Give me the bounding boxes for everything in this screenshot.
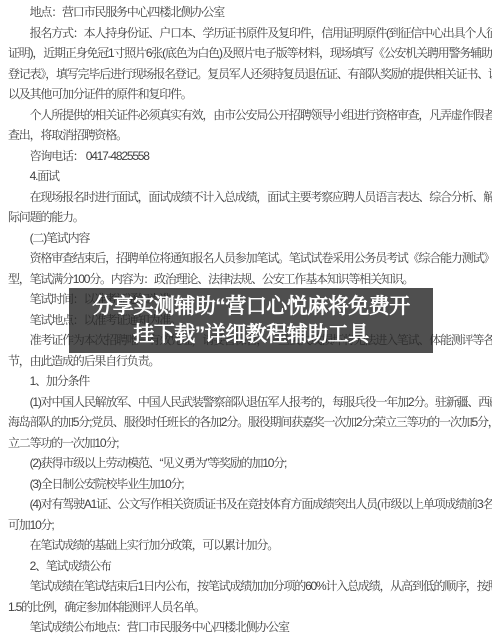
document-line: 在现场报名时进行面试，面试成绩不计入总成绩，面试主要考察应聘人员语言表达、综合分…	[8, 187, 492, 208]
document-line-section-score-publish: 2、笔试成绩公布	[8, 556, 492, 577]
document-line: 资格审查结束后，招聘单位将通知报名人员参加笔试。笔试试卷采用公务员考试《综合能力…	[8, 248, 492, 269]
document-line: (2)获得市级以上劳动模范、“见义勇为”等奖励的加10分;	[8, 453, 492, 474]
document-line: 证明)，近期正身免冠1寸照片6张(底色为白色)及照片电子版等材料，现场填写《公安…	[8, 43, 492, 64]
document-line: 可加10分;	[8, 515, 492, 536]
document-line-phone: 咨询电话： 0417-4825558	[8, 146, 492, 167]
document-line: 登记表》，填写完毕后进行现场报名登记。复员军人还须持复员退伍证、有部队奖励的提供…	[8, 64, 492, 85]
document-line: 查出，将取消招聘资格。	[8, 125, 492, 146]
document-line: 地点：营口市民服务中心四楼北侧办公室	[8, 2, 492, 23]
document-page: 地点：营口市民服务中心四楼北侧办公室 报名方式：本人持身份证、户口本、学历证书原…	[0, 0, 500, 639]
document-line-score-location: 笔试成绩公布地点：营口市民服务中心四楼北侧办公室	[8, 617, 492, 638]
overlay-banner-line2: 挂下载”详细教程辅助工具	[133, 321, 369, 349]
document-line: 笔试成绩在笔试结束后1日内公布，按笔试成绩加加分项的60%计入总成绩，从高到低的…	[8, 576, 492, 597]
document-line-section-interview: 4.面试	[8, 166, 492, 187]
document-line: 节，由此造成的后果自行负责。	[8, 351, 492, 372]
document-line: 型，笔试满分100分。内容为：政治理论、法律法规、公安工作基本知识等相关知识。	[8, 269, 492, 290]
document-line: 际问题的能力。	[8, 207, 492, 228]
overlay-banner-line1: 分享实测辅助“营口心悦麻将免费开	[92, 293, 410, 321]
document-line-section-bonus-points: 1、加分条件	[8, 371, 492, 392]
document-line: 立二等功的一次加10分;	[8, 433, 492, 454]
document-line: (4)对有驾驶A1证、公文写作相关资质证书及在竞技体育方面成绩突出人员(市级以上…	[8, 494, 492, 515]
document-line: (3)全日制公安院校毕业生加10分;	[8, 474, 492, 495]
document-line: (1)对中国人民解放军、中国人民武装警察部队退伍军人报考的，每服兵役一年加2分。…	[8, 392, 492, 413]
spam-overlay-banner[interactable]: 分享实测辅助“营口心悦麻将免费开 挂下载”详细教程辅助工具	[69, 288, 433, 353]
document-line: 1.5的比例，确定参加体能测评人员名单。	[8, 597, 492, 618]
document-line: 以及其他可加分证件的原件和复印件。	[8, 84, 492, 105]
document-line: 海岛部队的加5分;党员、服役时任班长的各加2分。服役期间获嘉奖一次加2分;荣立三…	[8, 412, 492, 433]
document-line-section-written-exam: (二)笔试内容	[8, 228, 492, 249]
document-line: 个人所提供的相关证件必须真实有效，由市公安局公开招聘领导小组进行资格审查，凡弄虚…	[8, 105, 492, 126]
document-line: 报名方式：本人持身份证、户口本、学历证书原件及复印件，信用证明原件(到征信中心出…	[8, 23, 492, 44]
document-line: 在笔试成绩的基础上实行加分政策，可以累计加分。	[8, 535, 492, 556]
